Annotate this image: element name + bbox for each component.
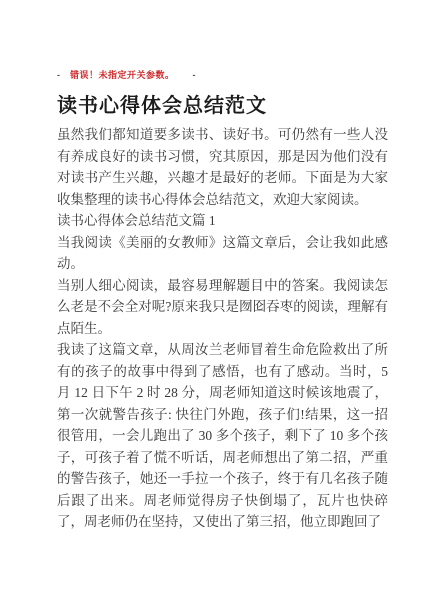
field-error-line: - 错误！未指定开关参数。 - [57, 70, 388, 80]
error-left-dash: - [57, 70, 60, 80]
paragraph-section-heading: 读书心得体会总结范文篇 1 [57, 210, 388, 232]
document-title: 读书心得体会总结范文 [57, 94, 388, 118]
paragraph-reflection: 当别人细心阅读，最容易理解题目中的答案。我阅读怎么老是不会全对呢?原来我只是囫囵… [57, 275, 388, 340]
document-body: 虽然我们都知道要多读书、读好书。可仍然有一些人没有养成良好的读书习惯，究其原因，… [57, 124, 388, 533]
field-error-text: 错误！未指定开关参数。 [70, 70, 175, 80]
paragraph-intro: 虽然我们都知道要多读书、读好书。可仍然有一些人没有养成良好的读书习惯，究其原因，… [57, 124, 388, 210]
document-page: - 错误！未指定开关参数。 - 读书心得体会总结范文 虽然我们都知道要多读书、读… [0, 0, 423, 600]
paragraph-opening: 当我阅读《美丽的女教师》这篇文章后，会让我如此感动。 [57, 232, 388, 275]
paragraph-story: 我读了这篇文章，从周汝兰老师冒着生命危险救出了所有的孩子的故事中得到了感悟，也有… [57, 339, 388, 533]
error-right-dash: - [193, 70, 196, 80]
